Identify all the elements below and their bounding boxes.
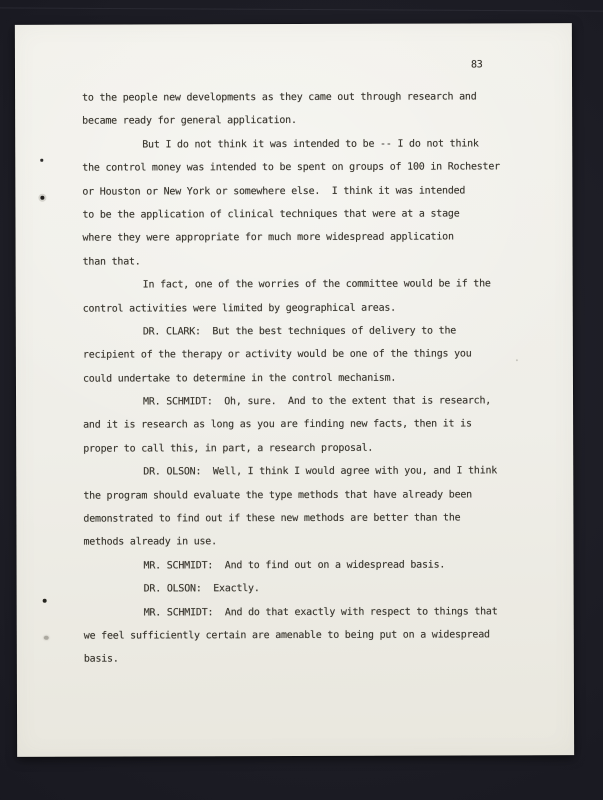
text-line: DR. CLARK: But the best techniques of de… [83,319,523,344]
text-line: became ready for general application. [82,109,522,134]
document-page: 83 to the people new developments as the… [15,23,574,757]
photo-background: 83 to the people new developments as the… [0,0,603,800]
text-line: MR. SCHMIDT: And do that exactly with re… [84,600,524,625]
margin-mark-4 [44,636,49,640]
margin-mark-2 [40,196,44,200]
text-line: recipient of the therapy or activity wou… [83,343,523,368]
text-line: to the people new developments as they c… [82,85,522,110]
text-line: control activities were limited by geogr… [83,296,523,321]
text-line: But I do not think it was intended to be… [82,132,522,157]
text-line: where they were appropriate for much mor… [82,226,522,251]
screenshot-root: { "document": { "page_number": "83", "li… [0,0,603,800]
paper-speck [516,359,518,361]
text-line: and it is research as long as you are fi… [83,413,523,438]
text-line: basis. [84,647,524,672]
text-line: MR. SCHMIDT: And to find out on a widesp… [84,553,524,578]
text-line: could undertake to determine in the cont… [83,366,523,391]
page-number: 83 [471,58,483,72]
text-line: the program should evaluate the type met… [83,483,523,508]
text-line: In fact, one of the worries of the commi… [83,272,523,297]
page-lines: to the people new developments as they c… [82,85,524,671]
text-line: proper to call this, in part, a research… [83,436,523,461]
text-line: than that. [83,249,523,274]
margin-mark-3 [43,599,47,603]
text-line: to be the application of clinical techni… [82,202,522,227]
text-line: or Houston or New York or somewhere else… [82,179,522,204]
text-line: demonstrated to find out if these new me… [83,506,523,531]
text-line: we feel sufficiently certain are amenabl… [84,623,524,648]
margin-mark-1 [40,159,43,162]
text-line: the control money was intended to be spe… [82,155,522,180]
text-line: DR. OLSON: Well, I think I would agree w… [83,460,523,485]
text-line: methods already in use. [83,530,523,555]
text-line: MR. SCHMIDT: Oh, sure. And to the extent… [83,389,523,414]
background-edge-line [0,7,603,11]
text-line: DR. OLSON: Exactly. [84,576,524,601]
